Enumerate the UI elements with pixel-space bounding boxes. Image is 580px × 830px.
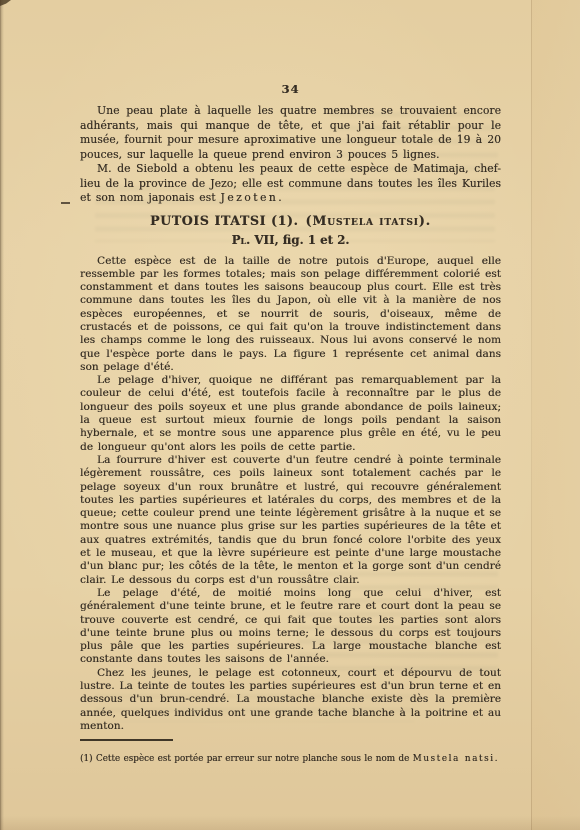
japanese-name-jezoten: Jezoten	[220, 191, 278, 204]
page-bottom-shadow	[0, 816, 580, 830]
body-paragraph-4: Le pelage d'été, de moitié moins long qu…	[80, 587, 501, 667]
body-paragraph-5: Chez les jeunes, le pelage est cotonneux…	[80, 667, 501, 733]
footnote-text-body: (1) Cette espèce est portée par erreur s…	[80, 754, 413, 764]
footnote-species-name: Mustela natsi	[413, 754, 495, 764]
body-paragraph-2: Le pelage d'hiver, quoique ne différant …	[80, 374, 501, 454]
front-matter: Une peau plate à laquelle les quatre mem…	[80, 104, 501, 206]
section-heading: PUTOIS ITATSI (1).(Mustela itatsi). Pl. …	[80, 213, 501, 247]
plate-abbreviation: Pl.	[232, 233, 251, 247]
species-title-french: PUTOIS ITATSI (1).	[150, 213, 298, 228]
front-paragraph-2: M. de Siebold a obtenu les peaux de cett…	[80, 162, 501, 206]
species-title-latin: (Mustela itatsi).	[305, 213, 430, 228]
footnote-text: (1) Cette espèce est portée par erreur s…	[80, 754, 501, 765]
margin-mark	[61, 202, 70, 204]
front-paragraph-1: Une peau plate à laquelle les quatre mem…	[80, 104, 501, 162]
plate-reference-detail: VII, fig. 1 et 2.	[254, 233, 349, 247]
footnote-period: .	[495, 754, 498, 764]
text-column: 34 Une peau plate à laquelle les quatre …	[80, 82, 501, 765]
page-right-margin-strip	[532, 0, 580, 830]
front-paragraph-2-period: .	[278, 191, 282, 204]
footnote-separator-rule	[80, 739, 173, 741]
footnote: (1) Cette espèce est portée par erreur s…	[80, 739, 501, 765]
plate-reference: Pl. VII, fig. 1 et 2.	[80, 233, 501, 247]
body-paragraph-3: La fourrure d'hiver est couverte d'un fe…	[80, 454, 501, 587]
species-title: PUTOIS ITATSI (1).(Mustela itatsi).	[80, 213, 501, 228]
page-left-edge-shadow	[0, 0, 4, 830]
scanned-page: 34 Une peau plate à laquelle les quatre …	[0, 0, 580, 830]
body-paragraph-1: Cette espèce est de la taille de notre p…	[80, 255, 501, 375]
front-paragraph-2-text: M. de Siebold a obtenu les peaux de cett…	[80, 162, 501, 204]
main-text: Cette espèce est de la taille de notre p…	[80, 255, 501, 734]
page-number: 34	[80, 82, 501, 96]
